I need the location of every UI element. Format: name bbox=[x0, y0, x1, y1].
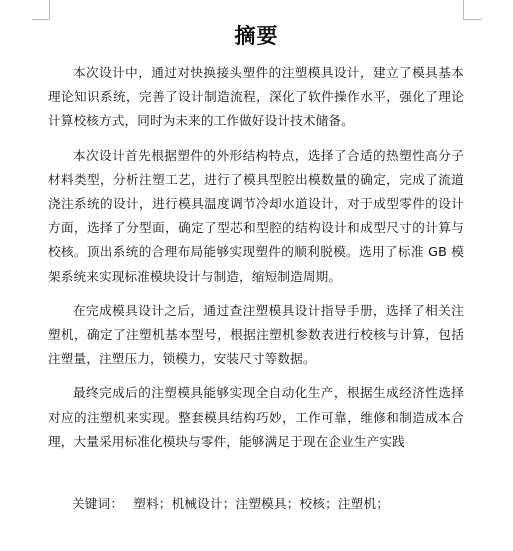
keywords-label: 关键词： bbox=[72, 496, 123, 511]
abstract-paragraph-3: 在完成模具设计之后，通过查注塑模具设计指导手册，选择了相关注塑机，确定了注塑机基… bbox=[48, 299, 464, 372]
abstract-title: 摘要 bbox=[0, 20, 513, 50]
abstract-paragraph-4: 最终完成后的注塑模具能够实现全自动化生产，根据生成经济性选择对应的注塑机来实现。… bbox=[48, 381, 464, 454]
abstract-body: 本次设计中，通过对快换接头塑件的注塑模具设计，建立了模具基本理论知识系统，完善了… bbox=[48, 61, 464, 464]
page-corner-mark-top-left bbox=[32, 0, 50, 20]
abstract-paragraph-2: 本次设计首先根据塑件的外形结构特点，选择了合适的热塑性高分子材料类型，分析注塑工… bbox=[48, 144, 464, 289]
keywords-list: 塑料；机械设计；注塑模具；校核；注塑机； bbox=[133, 496, 389, 511]
abstract-paragraph-1: 本次设计中，通过对快换接头塑件的注塑模具设计，建立了模具基本理论知识系统，完善了… bbox=[48, 61, 464, 134]
page-corner-mark-top-right bbox=[463, 0, 482, 20]
keywords-line: 关键词：塑料；机械设计；注塑模具；校核；注塑机； bbox=[72, 494, 389, 514]
